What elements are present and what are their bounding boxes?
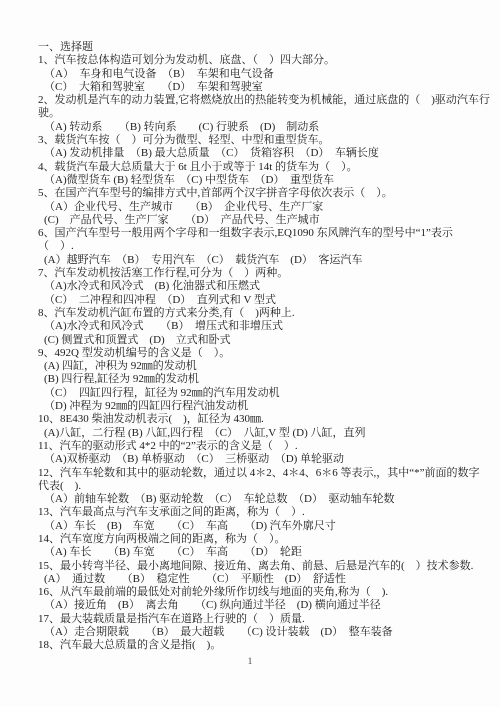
document-line: 13、汽车最高点与汽车支承面之间的距离，称为（ ）. [38, 506, 470, 519]
document-line: 11、汽车的驱动形式 4*2 中的“2”表示的含义是（ ）. [38, 440, 470, 453]
document-line: （C） 四缸四行程，缸径为 92㎜的汽车用发动机 [38, 387, 470, 400]
document-page: 一、选择题 1、汽车按总体构造可划分为发动机、底盘、（ ）四大部分。（A） 车身… [0, 0, 500, 707]
document-line: 3、载货汽车按（ ）可分为微型、轻型、中型和重型货车。 [38, 134, 470, 147]
document-line: 1、汽车按总体构造可划分为发动机、底盘、（ ）四大部分。 [38, 54, 470, 67]
document-line: （A)微型货车 (B) 轻型货车 （C) 中型货车 （D） 重型货车 [38, 174, 470, 187]
document-line: 5、在国产汽车型号的编排方式中,首部两个汉字拼音字母依次表示（ ）。 [38, 187, 470, 200]
document-line: 17、最大装载质量是指汽车在道路上行驶的（ ）质量. [38, 613, 470, 626]
question-lines: 1、汽车按总体构造可划分为发动机、底盘、（ ）四大部分。（A） 车身和电气设备 … [38, 54, 470, 652]
document-line: 14、汽车宽度方向两极端之间的距离，称为（ ）。 [38, 533, 470, 546]
document-line: 18、汽车最大总质量的含义是指( )。 [38, 639, 470, 652]
document-line: 驶。 [38, 107, 470, 120]
document-line: （A) 车长 （B) 车宽 （C） 车高 （D） 轮距 [38, 546, 470, 559]
document-line: （A）车长 (B) 车宽 （C） 车高 （D) 汽车外廓尺寸 [38, 520, 470, 533]
document-line: 9、492Q 型发动机编号的含义是（ ）。 [38, 347, 470, 360]
document-line: （A） 车身和电气设备 （B） 车架和电气设备 [38, 68, 470, 81]
page-number: 1 [0, 656, 500, 666]
document-line: 12、汽车车轮数和其中的驱动轮数，通过以 4＊2、4＊4、6＊6 等表示,，其中… [38, 467, 470, 480]
document-line: （D) 冲程为 92㎜的四缸四行程汽油发动机 [38, 400, 470, 413]
document-line: 4、载货汽车最大总质量大于 6t 且小于或等于 14t 的货车为（ ）。 [38, 161, 470, 174]
document-line: （ ）. [38, 240, 470, 253]
document-line: (C) 侧置式和顶置式 (D) 立式和卧式 [38, 334, 470, 347]
document-line: 10、8E430 柴油发动机表示( )，缸径为 430㎜. [38, 413, 470, 426]
document-line: 8、汽车发动机汽缸布置的方式来分类,有（ )两种上. [38, 307, 470, 320]
document-line: 代表( ). [38, 480, 470, 493]
document-line: （A）前轴车轮数 （B) 驱动轮数 （C） 车轮总数 （D） 驱动轴车轮数 [38, 493, 470, 506]
document-line: (C) 产品代号、生产厂家 （D） 产品代号、生产城市 [38, 214, 470, 227]
document-line: (A）越野汽车 （B） 专用汽车 （C） 载货汽车 (D） 客运汽车 [38, 254, 470, 267]
document-line: （C） 大箱和驾驶室 （D） 车架和驾驶室 [38, 81, 470, 94]
document-line: (B) 四行程,缸径为 92㎜的发动机 [38, 373, 470, 386]
section-title: 一、选择题 [38, 41, 470, 54]
document-line: （A）接近角 (B） 离去角 （C) 纵向通过半径 (D) 横向通过半径 [38, 599, 470, 612]
document-line: （A）企业代号、生产城市 （B） 企业代号、生产厂家 [38, 201, 470, 214]
document-content: 一、选择题 1、汽车按总体构造可划分为发动机、底盘、（ ）四大部分。（A） 车身… [38, 41, 470, 653]
document-line: 7、汽车发动机按活塞工作行程,可分为（ ）两种。 [38, 267, 470, 280]
document-line: （A)水冷式和风冷式 (B) 化油器式和压燃式 [38, 280, 470, 293]
document-line: （A) 发动机排量 （B) 最大总质量 （C） 货箱容积 （D） 车辆长度 [38, 147, 470, 160]
document-line: 15、最小转弯半径、最小离地间隙、接近角、离去角、前悬、后悬是汽车的( ）技术参… [38, 560, 470, 573]
document-line: （A）走合期限载 （B） 最大超载 （C) 设计装载 (D） 整车装备 [38, 626, 470, 639]
document-line: 6、国产汽车型号一般用两个字母和一组数字表示,EQ1090 东风牌汽车的型号中“… [38, 227, 470, 240]
document-line: （C） 二冲程和四冲程 （D） 直列式和 V 型式 [38, 294, 470, 307]
document-line: （A)双桥驱动 （B) 单桥驱动 （C） 三桥驱动 （D) 单轮驱动 [38, 453, 470, 466]
document-line: (A） 通过数 （B） 稳定性 （C） 平顺性 (D） 舒适性 [38, 573, 470, 586]
document-line: (A)八缸，二行程 (B) 八缸,四行程 （C） 八缸,V 型 (D) 八缸，直… [38, 427, 470, 440]
document-line: 2、发动机是汽车的动力装置,它将燃烧放出的热能转变为机械能，通过底盘的（ )驱动… [38, 94, 470, 107]
document-line: 16、从汽车最前端的最低处对前轮外缘所作切线与地面的夹角,称为（ ). [38, 586, 470, 599]
document-line: (A) 四缸，冲积为 92㎜的发动机 [38, 360, 470, 373]
document-line: （A)水冷式和风冷式 （B） 增压式和非增压式 [38, 320, 470, 333]
document-line: （A) 转动系 （B) 转向系 (C) 行驶系 (D) 制动系 [38, 121, 470, 134]
